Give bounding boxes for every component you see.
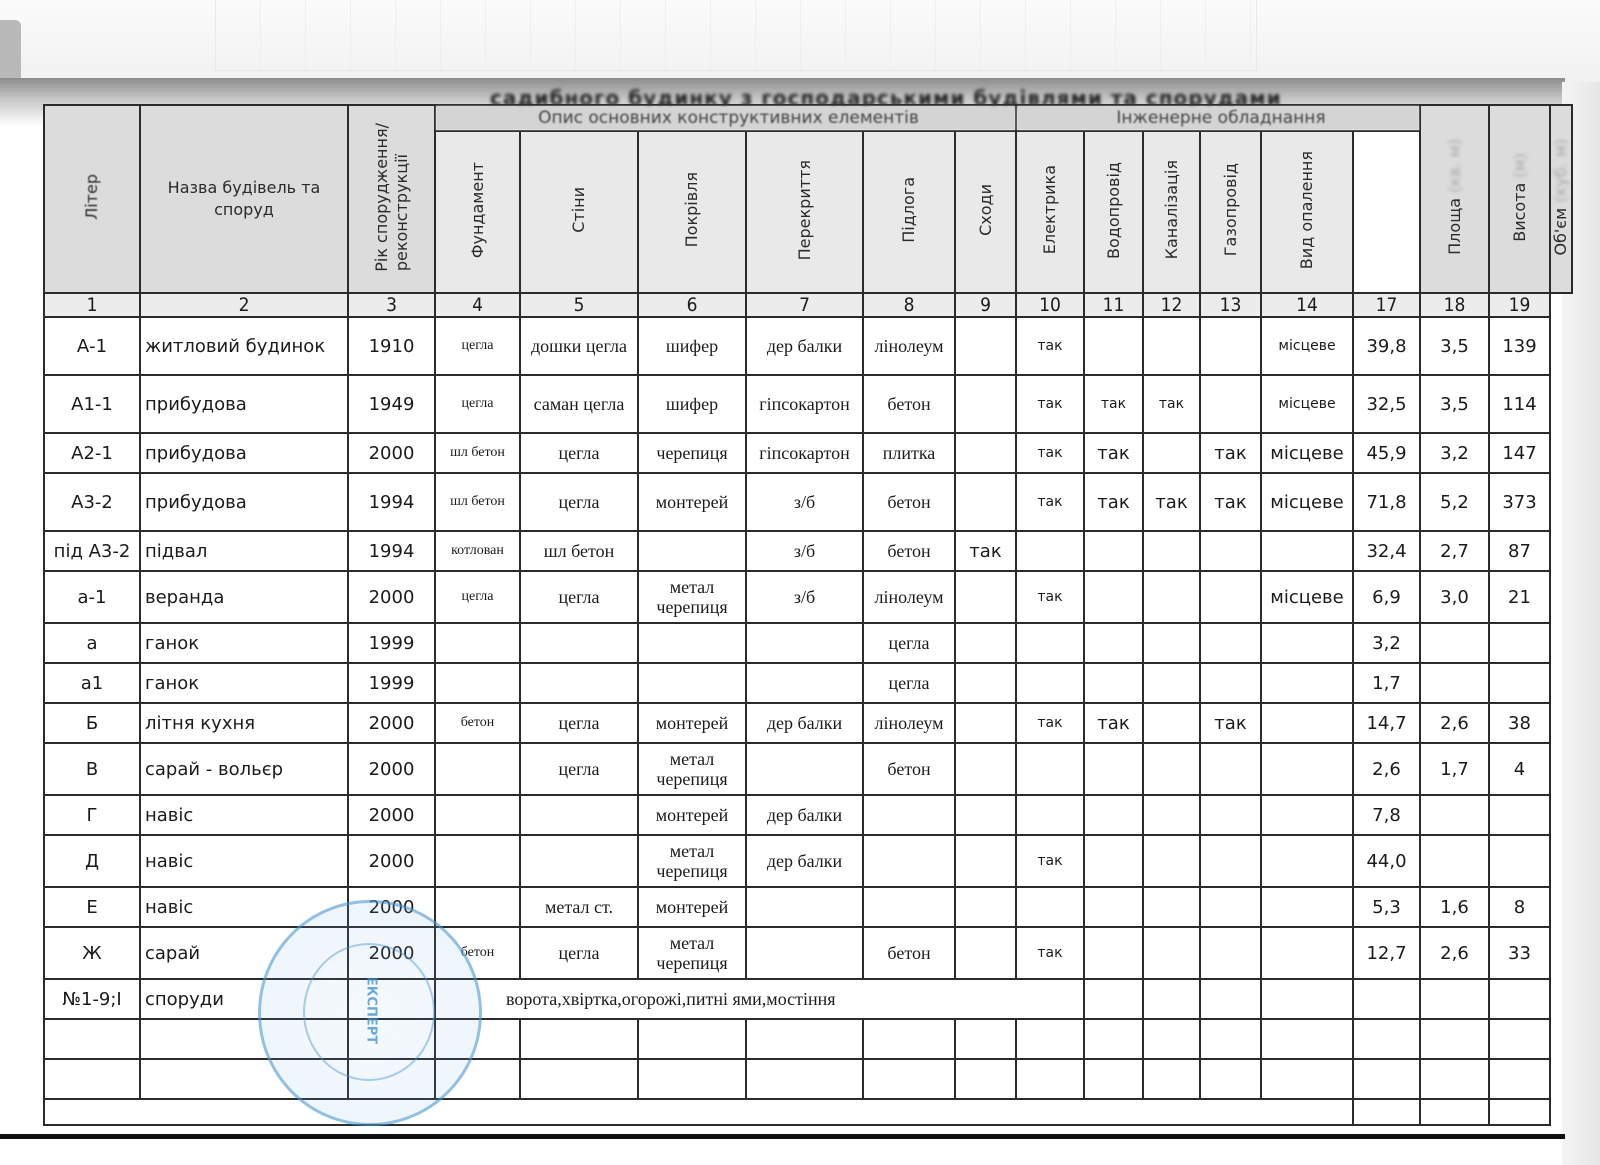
height-cell: 1,6 <box>1420 887 1489 927</box>
floor-cell: цегла <box>863 623 955 663</box>
roof-cell <box>638 663 746 703</box>
empty-cell <box>520 1019 638 1059</box>
empty-cell <box>1420 1019 1489 1059</box>
walls-cell: шл бетон <box>520 531 638 571</box>
stairs-cell: так <box>955 531 1016 571</box>
electric-cell: так <box>1016 433 1084 473</box>
empty-cell <box>1016 1059 1084 1099</box>
height-cell: 1,7 <box>1420 743 1489 795</box>
column-number: 6 <box>638 293 746 317</box>
table-row: Жсарай2000бетонцегламетал черепицябетонт… <box>44 927 1572 979</box>
heating-cell <box>1261 835 1353 887</box>
empty-cell <box>140 1059 348 1099</box>
roof-cell: монтерей <box>638 473 746 531</box>
ceiling-cell: з/б <box>746 571 863 623</box>
stairs-cell <box>955 927 1016 979</box>
col-header-sewer: Каналізація <box>1143 131 1200 293</box>
liter-cell: а <box>44 623 140 663</box>
empty-cell <box>955 1019 1016 1059</box>
roof-cell <box>638 623 746 663</box>
col-header-walls: Стіни <box>520 131 638 293</box>
roof-cell: шифер <box>638 317 746 375</box>
name-cell: веранда <box>140 571 348 623</box>
water-cell <box>1084 531 1143 571</box>
liter-cell: Б <box>44 703 140 743</box>
column-number: 13 <box>1200 293 1261 317</box>
volume-cell: 147 <box>1489 433 1550 473</box>
column-number: 4 <box>435 293 520 317</box>
sewer-cell <box>1143 571 1200 623</box>
table-row: А-1житловий будинок1910цегладошки цеглаш… <box>44 317 1572 375</box>
area-cell: 6,9 <box>1353 571 1420 623</box>
year-cell: 2000 <box>348 795 435 835</box>
empty-cell <box>1353 1019 1420 1059</box>
floor-cell <box>863 835 955 887</box>
empty-cell <box>1200 1059 1261 1099</box>
water-cell: так <box>1084 473 1143 531</box>
electric-cell: так <box>1016 375 1084 433</box>
col-header-roof: Покрівля <box>638 131 746 293</box>
table-row: Днавіс2000метал черепицядер балкитак44,0 <box>44 835 1572 887</box>
empty-cell <box>638 1019 746 1059</box>
floor-cell: цегла <box>863 663 955 703</box>
stairs-cell <box>955 375 1016 433</box>
foundation-cell <box>435 663 520 703</box>
ceiling-cell: з/б <box>746 531 863 571</box>
floor-cell <box>863 795 955 835</box>
walls-cell <box>520 835 638 887</box>
roof-cell: метал черепиця <box>638 743 746 795</box>
foundation-cell: бетон <box>435 703 520 743</box>
table-row: під А3-2підвал1994котлованшл бетонз/ббет… <box>44 531 1572 571</box>
col-header-height: Висота (м) <box>1489 105 1550 293</box>
column-number: 17 <box>1353 293 1420 317</box>
year-cell: 1949 <box>348 375 435 433</box>
name-cell: прибудова <box>140 375 348 433</box>
electric-cell <box>1016 795 1084 835</box>
empty-cell <box>435 1059 520 1099</box>
height-cell: 3,0 <box>1420 571 1489 623</box>
roof-cell: монтерей <box>638 887 746 927</box>
col-header-liter: Літер <box>44 105 140 293</box>
column-number: 2 <box>140 293 348 317</box>
footer-merged-cell <box>44 1099 1353 1125</box>
heating-cell: місцеве <box>1261 317 1353 375</box>
empty-cell <box>638 1059 746 1099</box>
area-cell: 71,8 <box>1353 473 1420 531</box>
liter-cell: А1-1 <box>44 375 140 433</box>
empty-cell <box>1200 1019 1261 1059</box>
foundation-cell: цегла <box>435 317 520 375</box>
volume-cell <box>1489 623 1550 663</box>
column-number: 11 <box>1084 293 1143 317</box>
empty-cell <box>520 1059 638 1099</box>
col-header-heating: Вид опалення <box>1261 131 1353 293</box>
height-cell <box>1420 795 1489 835</box>
walls-cell: саман цегла <box>520 375 638 433</box>
name-cell: прибудова <box>140 473 348 531</box>
floor-cell: бетон <box>863 927 955 979</box>
electric-cell <box>1016 623 1084 663</box>
walls-cell: цегла <box>520 433 638 473</box>
walls-cell: цегла <box>520 473 638 531</box>
column-number: 8 <box>863 293 955 317</box>
empty-cell <box>1261 1059 1353 1099</box>
col-header-volume: Об'єм (куб. м) <box>1550 105 1572 293</box>
empty-cell <box>1489 1099 1550 1125</box>
year-cell: 2000 <box>348 433 435 473</box>
area-cell: 12,7 <box>1353 927 1420 979</box>
liter-cell: А3-2 <box>44 473 140 531</box>
heating-cell <box>1261 531 1353 571</box>
foundation-cell <box>435 623 520 663</box>
sewer-cell <box>1143 835 1200 887</box>
roof-cell: метал черепиця <box>638 835 746 887</box>
ceiling-cell: дер балки <box>746 795 863 835</box>
foundation-cell: шл бетон <box>435 473 520 531</box>
area-cell: 2,6 <box>1353 743 1420 795</box>
heating-cell <box>1261 927 1353 979</box>
ceiling-cell <box>746 743 863 795</box>
water-cell <box>1084 795 1143 835</box>
electric-cell: так <box>1016 703 1084 743</box>
year-cell: 2000 <box>348 743 435 795</box>
scan-bottom-edge <box>0 1134 1565 1139</box>
water-cell: так <box>1084 375 1143 433</box>
name-cell: сарай <box>140 927 348 979</box>
electric-cell <box>1016 531 1084 571</box>
liter-cell: А2-1 <box>44 433 140 473</box>
year-cell: 1999 <box>348 663 435 703</box>
sewer-cell <box>1143 317 1200 375</box>
sewer-cell <box>1143 927 1200 979</box>
gas-cell <box>1200 531 1261 571</box>
floor-cell: лінолеум <box>863 571 955 623</box>
volume-cell: 114 <box>1489 375 1550 433</box>
name-cell: підвал <box>140 531 348 571</box>
height-cell: 3,5 <box>1420 375 1489 433</box>
table-row: Блітня кухня2000бетонцегламонтерейдер ба… <box>44 703 1572 743</box>
col-header-area: Площа (кв. м) <box>1420 105 1489 293</box>
water-cell <box>1084 317 1143 375</box>
water-cell <box>1084 743 1143 795</box>
footer-row <box>44 1099 1572 1125</box>
column-number: 9 <box>955 293 1016 317</box>
col-header-ceiling: Перекриття <box>746 131 863 293</box>
electric-cell <box>1016 887 1084 927</box>
table-row: а1ганок1999цегла1,7 <box>44 663 1572 703</box>
year-cell: 1994 <box>348 473 435 531</box>
roof-cell: черепиця <box>638 433 746 473</box>
empty-cell <box>1353 1099 1420 1125</box>
gas-cell <box>1200 571 1261 623</box>
gas-cell <box>1200 623 1261 663</box>
table-row: Енавіс2000метал ст.монтерей5,31,68 <box>44 887 1572 927</box>
floor-cell: бетон <box>863 473 955 531</box>
foundation-cell: цегла <box>435 375 520 433</box>
scanner-edge-tab <box>0 20 21 86</box>
height-cell: 5,2 <box>1420 473 1489 531</box>
floor-cell: бетон <box>863 531 955 571</box>
electric-cell: так <box>1016 835 1084 887</box>
col-header-foundation: Фундамент <box>435 131 520 293</box>
height-cell: 2,6 <box>1420 927 1489 979</box>
liter-cell: В <box>44 743 140 795</box>
year-cell: 2000 <box>348 703 435 743</box>
area-cell: 5,3 <box>1353 887 1420 927</box>
volume-cell: 38 <box>1489 703 1550 743</box>
area-cell: 7,8 <box>1353 795 1420 835</box>
roof-cell: метал черепиця <box>638 927 746 979</box>
col-header-name: Назва будівель та споруд <box>140 105 348 293</box>
volume-cell <box>1489 663 1550 703</box>
height-cell <box>1420 835 1489 887</box>
water-cell: так <box>1084 433 1143 473</box>
water-cell <box>1084 887 1143 927</box>
column-number: 18 <box>1420 293 1489 317</box>
heating-cell: місцеве <box>1261 473 1353 531</box>
gas-cell <box>1200 927 1261 979</box>
liter-cell: Г <box>44 795 140 835</box>
empty-cell <box>746 1059 863 1099</box>
sewer-cell <box>1143 743 1200 795</box>
stairs-cell <box>955 795 1016 835</box>
column-number: 3 <box>348 293 435 317</box>
column-number: 10 <box>1016 293 1084 317</box>
name-cell: сарай - вольєр <box>140 743 348 795</box>
buildings-table: Літер Назва будівель та споруд Рік спору… <box>43 104 1573 1126</box>
water-cell <box>1084 623 1143 663</box>
water-cell <box>1084 571 1143 623</box>
ceiling-cell: дер балки <box>746 703 863 743</box>
col-header-year: Рік спорудження/реконструкції <box>348 105 435 293</box>
column-number: 12 <box>1143 293 1200 317</box>
foundation-cell: шл бетон <box>435 433 520 473</box>
name-cell: навіс <box>140 887 348 927</box>
heating-cell <box>1261 703 1353 743</box>
floor-cell: лінолеум <box>863 703 955 743</box>
empty-cell <box>1353 1059 1420 1099</box>
liter-cell: а-1 <box>44 571 140 623</box>
empty-cell <box>1143 1059 1200 1099</box>
empty-cell <box>1143 979 1200 1019</box>
empty-cell <box>1016 1019 1084 1059</box>
name-cell: літня кухня <box>140 703 348 743</box>
electric-cell <box>1016 743 1084 795</box>
col-header-stairs: Сходи <box>955 131 1016 293</box>
height-cell <box>1420 663 1489 703</box>
empty-cell <box>1084 979 1143 1019</box>
empty-cell <box>1261 979 1353 1019</box>
sewer-cell <box>1143 433 1200 473</box>
empty-cell <box>348 1059 435 1099</box>
empty-cell <box>1489 979 1550 1019</box>
table-row: а-1веранда2000цеглацегламетал черепицяз/… <box>44 571 1572 623</box>
volume-cell: 4 <box>1489 743 1550 795</box>
walls-cell <box>520 795 638 835</box>
empty-cell <box>1143 1019 1200 1059</box>
foundation-cell <box>435 743 520 795</box>
heating-cell <box>1261 795 1353 835</box>
empty-cell <box>348 1019 435 1059</box>
liter-cell: а1 <box>44 663 140 703</box>
empty-cell <box>1084 1059 1143 1099</box>
water-cell: так <box>1084 703 1143 743</box>
area-cell: 32,4 <box>1353 531 1420 571</box>
structures-description: ворота,хвіртка,огорожі,питні ями,мостінн… <box>435 979 1084 1019</box>
electric-cell <box>1016 663 1084 703</box>
roof-cell: метал черепиця <box>638 571 746 623</box>
empty-cell <box>140 1019 348 1059</box>
gas-cell <box>1200 375 1261 433</box>
name-cell: ганок <box>140 623 348 663</box>
foundation-cell: котлован <box>435 531 520 571</box>
area-cell: 39,8 <box>1353 317 1420 375</box>
walls-cell: дошки цегла <box>520 317 638 375</box>
gas-cell <box>1200 743 1261 795</box>
gas-cell: так <box>1200 473 1261 531</box>
stairs-cell <box>955 887 1016 927</box>
ceiling-cell: гіпсокартон <box>746 433 863 473</box>
ceiling-cell: гіпсокартон <box>746 375 863 433</box>
ceiling-cell <box>746 623 863 663</box>
electric-cell: так <box>1016 571 1084 623</box>
height-cell <box>1420 623 1489 663</box>
gas-cell <box>1200 887 1261 927</box>
stairs-cell <box>955 571 1016 623</box>
roof-cell: монтерей <box>638 703 746 743</box>
ceiling-cell <box>746 887 863 927</box>
electric-cell: так <box>1016 473 1084 531</box>
stairs-cell <box>955 663 1016 703</box>
empty-cell <box>1420 979 1489 1019</box>
floor-cell: лінолеум <box>863 317 955 375</box>
gas-cell <box>1200 835 1261 887</box>
volume-cell <box>1489 835 1550 887</box>
foundation-cell <box>435 795 520 835</box>
name-cell: ганок <box>140 663 348 703</box>
volume-cell: 33 <box>1489 927 1550 979</box>
height-cell: 3,2 <box>1420 433 1489 473</box>
floor-cell <box>863 887 955 927</box>
col-header-floor: Підлога <box>863 131 955 293</box>
area-cell: 44,0 <box>1353 835 1420 887</box>
year-cell <box>348 979 435 1019</box>
empty-row <box>44 1059 1572 1099</box>
volume-cell: 139 <box>1489 317 1550 375</box>
column-number: 14 <box>1261 293 1353 317</box>
volume-cell <box>1489 795 1550 835</box>
foundation-cell <box>435 835 520 887</box>
year-cell: 2000 <box>348 927 435 979</box>
ceiling-cell <box>746 663 863 703</box>
foundation-cell: бетон <box>435 927 520 979</box>
liter-cell: Ж <box>44 927 140 979</box>
stairs-cell <box>955 433 1016 473</box>
empty-cell <box>746 1019 863 1059</box>
empty-cell <box>863 1019 955 1059</box>
name-cell: споруди <box>140 979 348 1019</box>
water-cell <box>1084 835 1143 887</box>
column-number: 19 <box>1489 293 1550 317</box>
sewer-cell <box>1143 663 1200 703</box>
column-number: 7 <box>746 293 863 317</box>
table-row: А1-1прибудова1949цегласаман цеглашифергі… <box>44 375 1572 433</box>
stairs-cell <box>955 835 1016 887</box>
column-number: 5 <box>520 293 638 317</box>
gas-cell: так <box>1200 433 1261 473</box>
ceiling-cell <box>746 927 863 979</box>
stairs-cell <box>955 703 1016 743</box>
empty-cell <box>1353 979 1420 1019</box>
table-row: А3-2прибудова1994шл бетонцегламонтерейз/… <box>44 473 1572 531</box>
empty-cell <box>1489 1059 1550 1099</box>
gas-cell <box>1200 663 1261 703</box>
area-cell: 1,7 <box>1353 663 1420 703</box>
stairs-cell <box>955 317 1016 375</box>
empty-cell <box>435 1019 520 1059</box>
gas-cell: так <box>1200 703 1261 743</box>
name-cell: житловий будинок <box>140 317 348 375</box>
heating-cell: місцеве <box>1261 571 1353 623</box>
empty-row <box>44 1019 1572 1059</box>
group-header-engineering: Інженерне обладнання <box>1016 105 1420 131</box>
col-header-water: Водопровід <box>1084 131 1143 293</box>
col-header-gas: Газопровід <box>1200 131 1261 293</box>
sewer-cell <box>1143 703 1200 743</box>
column-number: 1 <box>44 293 140 317</box>
heating-cell <box>1261 623 1353 663</box>
year-cell: 2000 <box>348 571 435 623</box>
liter-cell: Д <box>44 835 140 887</box>
empty-cell <box>1420 1059 1489 1099</box>
ceiling-cell: дер балки <box>746 835 863 887</box>
sewer-cell <box>1143 623 1200 663</box>
structures-row: №1-9;Iспорудиворота,хвіртка,огорожі,питн… <box>44 979 1572 1019</box>
liter-cell: під А3-2 <box>44 531 140 571</box>
heating-cell <box>1261 743 1353 795</box>
heating-cell <box>1261 663 1353 703</box>
sewer-cell: так <box>1143 375 1200 433</box>
name-cell: навіс <box>140 835 348 887</box>
volume-cell: 373 <box>1489 473 1550 531</box>
empty-cell <box>44 1019 140 1059</box>
water-cell <box>1084 663 1143 703</box>
foundation-cell <box>435 887 520 927</box>
sewer-cell <box>1143 795 1200 835</box>
gas-cell <box>1200 317 1261 375</box>
name-cell: прибудова <box>140 433 348 473</box>
walls-cell <box>520 623 638 663</box>
empty-cell <box>44 1059 140 1099</box>
year-cell: 1999 <box>348 623 435 663</box>
walls-cell <box>520 663 638 703</box>
height-cell: 2,6 <box>1420 703 1489 743</box>
empty-cell <box>955 1059 1016 1099</box>
walls-cell: метал ст. <box>520 887 638 927</box>
table-row: Гнавіс2000монтерейдер балки7,8 <box>44 795 1572 835</box>
volume-cell: 87 <box>1489 531 1550 571</box>
heating-cell: місцеве <box>1261 433 1353 473</box>
walls-cell: цегла <box>520 703 638 743</box>
table-row: Всарай - вольєр2000цегламетал черепицябе… <box>44 743 1572 795</box>
empty-cell <box>1084 1019 1143 1059</box>
volume-cell: 8 <box>1489 887 1550 927</box>
roof-cell <box>638 531 746 571</box>
electric-cell: так <box>1016 927 1084 979</box>
scan-top-margin <box>0 0 1600 82</box>
col-header-electric: Електрика <box>1016 131 1084 293</box>
